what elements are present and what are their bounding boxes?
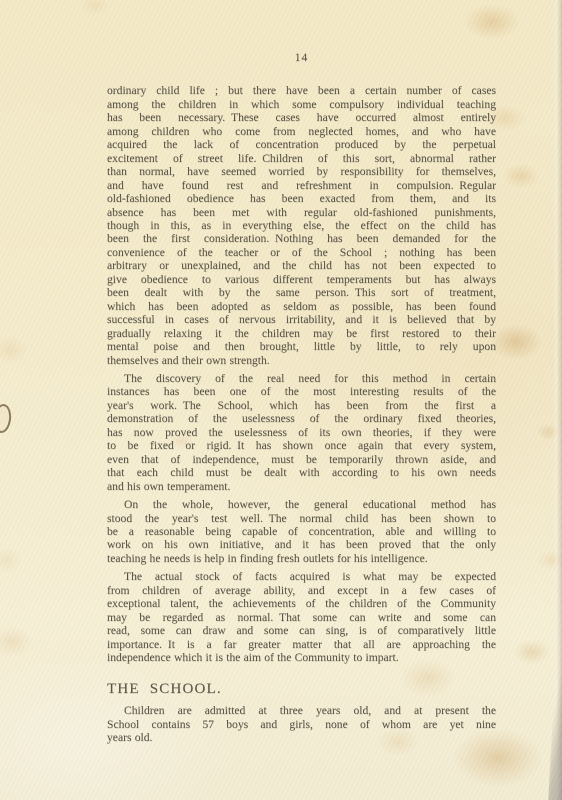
section-heading: THE SCHOOL.	[107, 681, 496, 698]
text-line: and have found rest and refreshment in c…	[107, 179, 496, 192]
text-line: successful in cases of nervous irritabil…	[107, 313, 496, 326]
paragraph: ordinary child life ; but there have bee…	[107, 84, 496, 367]
text-line: importance. It is a far greater matter t…	[107, 638, 496, 651]
text-line: has now proved the uselessness of its ow…	[107, 426, 496, 439]
text-line: acquired the lack of concentration produ…	[107, 138, 496, 151]
text-line: excitement of street life. Children of t…	[107, 152, 496, 165]
text-line: years old.	[107, 731, 496, 744]
page-number: 14	[107, 52, 496, 65]
paragraph: The actual stock of facts acquired is wh…	[107, 570, 496, 664]
text-line: been the first consideration. Nothing ha…	[107, 232, 496, 245]
text-line: instances has been one of the most inter…	[107, 385, 496, 398]
text-line: may be regarded as normal. That some can…	[107, 611, 496, 624]
text-line: read, some can draw and some can sing, i…	[107, 624, 496, 637]
scanned-book-page: 14 ordinary child life ; but there have …	[0, 0, 562, 800]
text-line: though in this, as in everything else, t…	[107, 219, 496, 232]
text-line: been dealt with by the same person. This…	[107, 286, 496, 299]
text-line: give obedience to various different temp…	[107, 273, 496, 286]
text-line: convenience of the teacher or of the Sch…	[107, 246, 496, 259]
text-line: ordinary child life ; but there have bee…	[107, 84, 496, 97]
text-line: than normal, have seemed worried by resp…	[107, 165, 496, 178]
text-line: from children of average ability, and ex…	[107, 584, 496, 597]
text-line: absence has been met with regular old-fa…	[107, 206, 496, 219]
text-line: independence which it is the aim of the …	[107, 651, 496, 664]
text-line: The discovery of the real need for this …	[107, 372, 496, 385]
paragraph: The discovery of the real need for this …	[107, 372, 496, 493]
text-line: On the whole, however, the general educa…	[107, 498, 496, 511]
text-line: among children who come from neglected h…	[107, 125, 496, 138]
text-line: arbitrary or unexplained, and the child …	[107, 259, 496, 272]
school-section-paragraphs: Children are admitted at three years old…	[107, 704, 496, 744]
text-line: among the children in which some compuls…	[107, 98, 496, 111]
text-line: The actual stock of facts acquired is wh…	[107, 570, 496, 583]
text-line: even that of independence, must be tempo…	[107, 453, 496, 466]
text-line: which has been adopted as seldom as poss…	[107, 300, 496, 313]
page-edge-blot	[0, 403, 12, 434]
text-column: 14 ordinary child life ; but there have …	[107, 52, 496, 750]
text-line: mental poise and then brought, little by…	[107, 340, 496, 353]
text-line: that each child must be dealt with accor…	[107, 466, 496, 479]
text-line: year's work. The School, which has been …	[107, 399, 496, 412]
text-line: to be fixed or rigid. It has shown once …	[107, 439, 496, 452]
text-line: stood the year's test well. The normal c…	[107, 512, 496, 525]
text-line: has been necessary. These cases have occ…	[107, 111, 496, 124]
text-line: exceptional talent, the achievements of …	[107, 597, 496, 610]
text-line: gradually relaxing it the children may b…	[107, 327, 496, 340]
text-line: teaching he needs is help in finding fre…	[107, 552, 496, 565]
text-line: work on his own initiative, and it has b…	[107, 538, 496, 551]
paragraph: On the whole, however, the general educa…	[107, 498, 496, 565]
text-line: themselves and their own strength.	[107, 354, 496, 367]
body-paragraphs: ordinary child life ; but there have bee…	[107, 84, 496, 664]
text-line: School contains 57 boys and girls, none …	[107, 718, 496, 731]
paragraph: Children are admitted at three years old…	[107, 704, 496, 744]
text-line: be a reasonable being capable of concent…	[107, 525, 496, 538]
text-line: Children are admitted at three years old…	[107, 704, 496, 717]
text-line: demonstration of the uselessness of the …	[107, 412, 496, 425]
text-line: old-fashioned obedience has been exacted…	[107, 192, 496, 205]
text-line: and his own temperament.	[107, 480, 496, 493]
